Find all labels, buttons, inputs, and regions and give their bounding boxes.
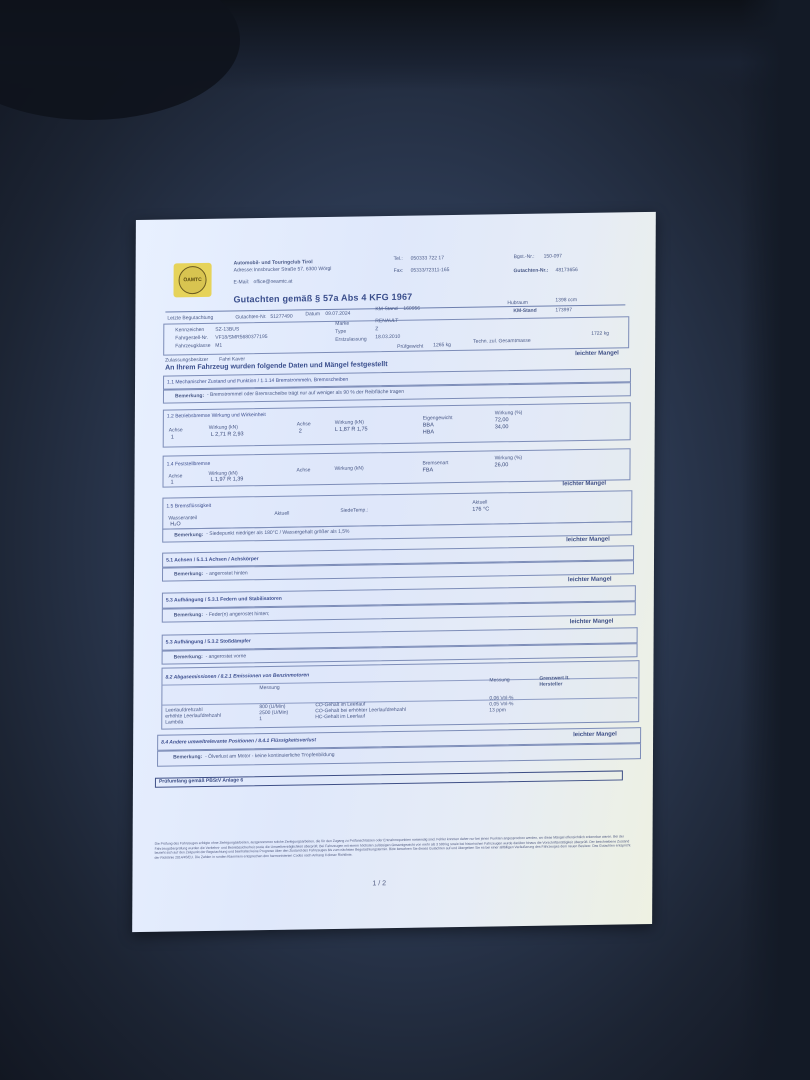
issuer-fax: 05333/72311-165 <box>411 267 450 274</box>
severity-badge: leichter Mangel <box>566 537 610 544</box>
remark-label: Bemerkung: <box>174 571 203 577</box>
test-weight-value: 1265 kg <box>433 342 451 348</box>
issuer-email: office@oeamtc.at <box>254 279 293 286</box>
issuer-tel-label: Tel.: <box>394 256 403 262</box>
issuer-fax-label: Fax: <box>394 268 404 274</box>
page-number: 1 / 2 <box>372 880 386 887</box>
col-siedetemp: SiedeTemp.: <box>340 507 368 513</box>
section-5-3-1-remark: - Feder(n) angerostet hinten; <box>206 611 270 618</box>
cell: 2 <box>299 428 302 434</box>
col-achse: Achse <box>169 427 183 433</box>
last-inspection-label: Letzte Begutachtung <box>167 315 213 322</box>
prev-gutachten-label: Gutachten-Nr. <box>235 314 266 320</box>
vin-value: VF18/SMR5680377195 <box>215 334 267 341</box>
severity-badge: leichter Mangel <box>562 481 606 488</box>
remark-label: Bemerkung: <box>174 654 203 660</box>
remark-label: Bemerkung: <box>175 393 204 399</box>
col-grenzwert: Grenzwert lt. Hersteller <box>539 675 587 688</box>
plate-value: SZ-13BUS <box>215 326 239 332</box>
col-messung: Messung <box>259 685 279 691</box>
car-seat-side-bolster <box>740 0 810 1080</box>
col-wirkung-2: Wirkung (kN) <box>335 419 364 425</box>
inspection-scope: Prüfumfang gemäß PBStV Anlage 6 <box>159 777 243 784</box>
section-8-2-box <box>161 660 639 730</box>
logo-emblem: ÖAMTC <box>178 266 206 294</box>
issuer-address: Innsbrucker Straße 57, 6300 Wörgl <box>254 266 332 273</box>
col-messung-2: Messung <box>489 677 509 683</box>
current-km-value: 173997 <box>555 307 572 313</box>
severity-badge: leichter Mangel <box>573 732 617 739</box>
section-5-3-2-remark: - angerostet vorne <box>206 653 247 660</box>
inspection-report-page: ÖAMTC Automobil- und Touringclub Tirol A… <box>132 212 656 932</box>
col-aktuell: Aktuell <box>274 511 289 517</box>
km-value: 160956 <box>403 306 420 312</box>
cell: BBA <box>423 422 434 428</box>
cell: L 2,71 R 2,93 <box>211 431 244 438</box>
cell: HC-Gehalt im Leerlauf <box>315 713 365 720</box>
cell: H₂O <box>170 521 180 527</box>
displacement-value: 1398 ccm <box>555 297 577 303</box>
remark-label: Bemerkung: <box>174 532 203 538</box>
col-wirkung-pct: Wirkung (%) <box>495 410 523 416</box>
legal-disclaimer: Die Prüfung des Fahrzeuges erfolgte ohne… <box>155 834 631 860</box>
gutachten-number-label: Gutachten-Nr.: <box>514 268 549 275</box>
issuer-email-label: E-Mail: <box>234 279 250 285</box>
cell: 13 ppm <box>489 707 506 713</box>
cell: 72,00 <box>495 417 509 423</box>
gutachten-number: 48173656 <box>556 267 578 273</box>
make-label: Marke <box>335 321 349 327</box>
type-value: Z <box>375 326 378 332</box>
first-registration-label: Erstzulassung <box>335 336 366 342</box>
vehicle-class-value: M1 <box>215 343 222 349</box>
col-bremsenart: Bremsenart <box>423 460 449 466</box>
severity-badge: leichter Mangel <box>575 350 619 357</box>
type-label: Type <box>335 329 346 335</box>
inspection-date: 09.07.2024 <box>325 311 350 317</box>
cell: 176 °C <box>472 506 489 512</box>
col-wirkung: Wirkung (kN) <box>209 424 238 430</box>
cell: 1 <box>170 479 173 485</box>
col-achse-2: Achse <box>297 467 311 473</box>
gross-mass-value: 1722 kg <box>591 331 609 337</box>
cell: FBA <box>423 467 434 473</box>
cell: HBA <box>423 429 434 435</box>
issuer-name: Automobil- und Touringclub Tirol <box>234 259 313 266</box>
plate-label: Kennzeichen <box>175 327 204 333</box>
date-label: Datum <box>305 311 320 317</box>
section-1-5-title: 1.5 Bremsflüssigkeit <box>166 503 211 510</box>
issuer-address-label: Adresse: <box>234 267 254 273</box>
first-registration-value: 18.03.2010 <box>375 334 400 340</box>
prev-gutachten-number: 51277490 <box>270 314 292 320</box>
bgst-label: Bgst.-Nr.: <box>514 254 535 260</box>
make-value: RENAULT <box>375 318 398 324</box>
bgst-number: 150-097 <box>544 253 562 259</box>
owner-label: Zulassungsbesitzer <box>165 357 208 364</box>
car-seat-shadow <box>0 0 240 120</box>
cell: L 1,87 R 1,75 <box>335 426 368 433</box>
cell: 34,00 <box>495 424 509 430</box>
oeamtc-logo-icon: ÖAMTC <box>173 263 211 298</box>
current-km-label: KM-Stand <box>513 308 536 314</box>
vehicle-class-label: Fahrzeugklasse <box>175 343 210 350</box>
issuer-tel: 050333 722 17 <box>411 255 444 262</box>
inspection-scope-box: Prüfumfang gemäß PBStV Anlage 6 <box>155 770 623 787</box>
col-wirkung-2: Wirkung (kN) <box>335 465 364 471</box>
section-1-4-title: 1.4 Feststellbremse <box>167 461 211 468</box>
cell: 1 <box>259 716 262 722</box>
cell: 2500 (U/Min) <box>259 710 288 716</box>
vin-label: Fahrgestell-Nr. <box>175 335 208 342</box>
owner-value: Fahri Kaver <box>219 356 245 362</box>
cell: L 1,97 R 1,39 <box>211 476 244 483</box>
col-achse-2: Achse <box>297 421 311 427</box>
col-aktuell-2: Aktuell <box>472 500 487 506</box>
severity-badge: leichter Mangel <box>570 619 614 626</box>
section-5-1-remark: - angerostet hinten <box>206 570 248 577</box>
cell: Lambda <box>165 719 183 725</box>
gross-mass-label: Techn. zul. Gesamtmasse <box>473 338 531 345</box>
test-weight-label: Prüfgewicht <box>397 344 423 350</box>
remark-label: Bemerkung: <box>173 754 202 760</box>
col-wirkung-pct: Wirkung (%) <box>495 455 523 461</box>
severity-badge: leichter Mangel <box>568 577 612 584</box>
col-eigengewicht: Eigengewicht <box>423 415 453 421</box>
cell: 1 <box>171 434 174 440</box>
displacement-label: Hubraum <box>507 300 528 306</box>
km-label: KM-Stand <box>375 306 397 312</box>
remark-label: Bemerkung: <box>174 612 203 618</box>
cell: 26,00 <box>495 462 509 468</box>
document-title: Gutachten gemäß § 57a Abs 4 KFG 1967 <box>233 292 412 305</box>
